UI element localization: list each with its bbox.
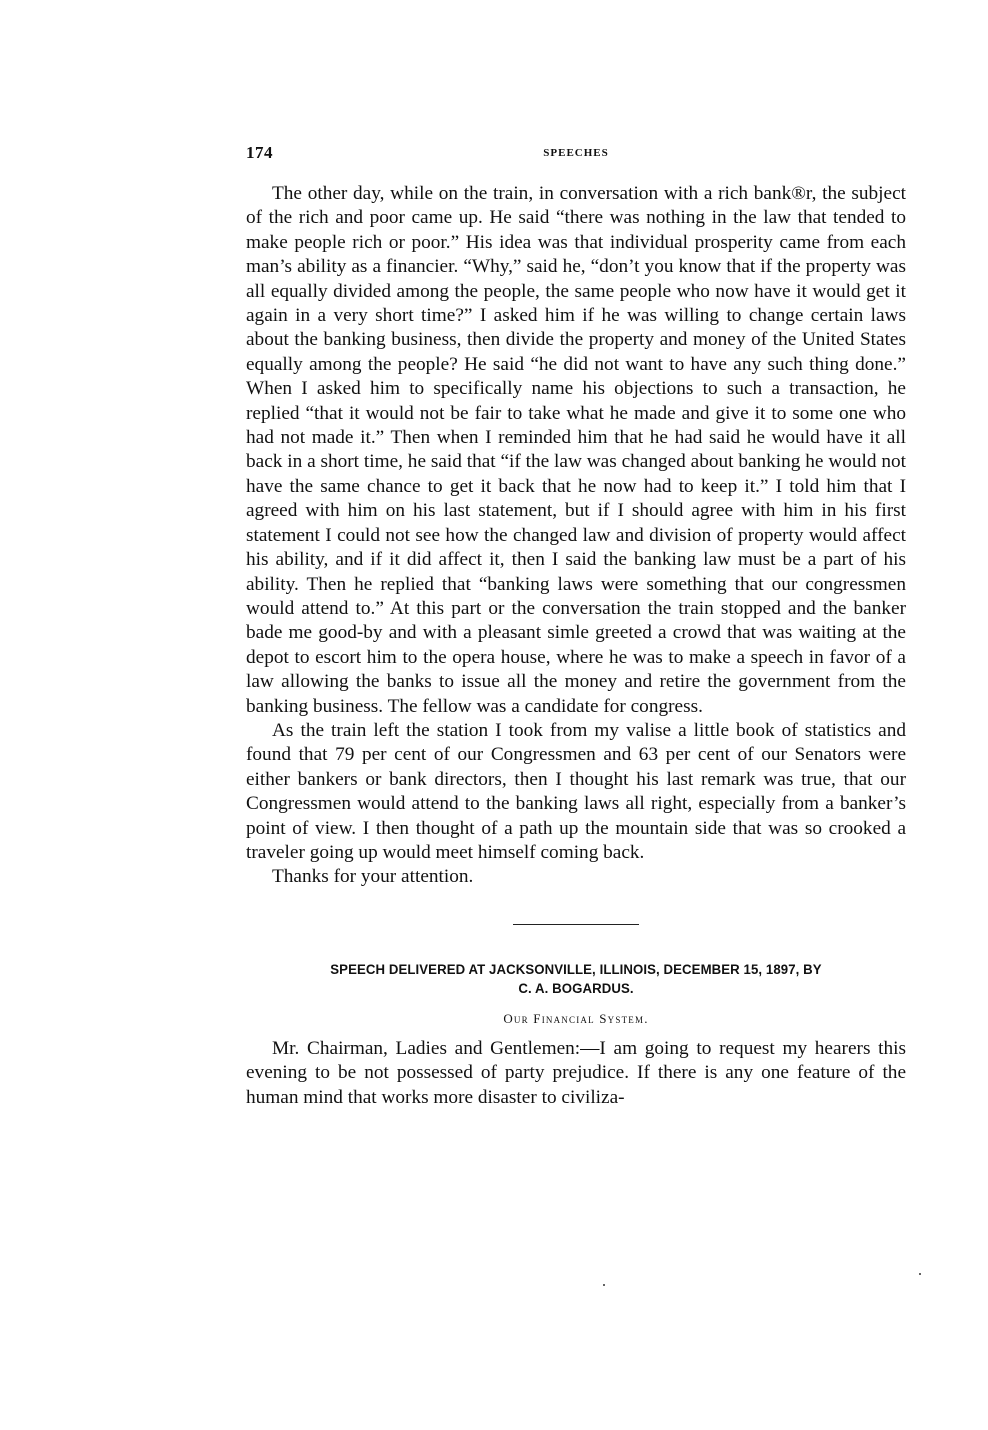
speech-heading-author: C. A. BOGARDUS. — [269, 980, 883, 999]
speech-heading: SPEECH DELIVERED AT JACKSONVILLE, ILLINO… — [269, 961, 883, 999]
running-head: 174 SPEECHES — [246, 140, 906, 168]
section-title: Our Financial System. — [246, 1011, 906, 1027]
paragraph-statistics: As the train left the station I took fro… — [246, 719, 906, 865]
book-page: 174 SPEECHES The other day, while on the… — [246, 140, 906, 1110]
scan-speck — [603, 1284, 605, 1286]
running-title: SPEECHES — [246, 147, 906, 159]
body-text: The other day, while on the train, in co… — [246, 182, 906, 890]
paragraph-speech-opening: Mr. Chairman, Ladies and Gentlemen:—I am… — [246, 1037, 906, 1110]
speech-body-text: Mr. Chairman, Ladies and Gentlemen:—I am… — [246, 1037, 906, 1110]
paragraph-banker-conversation: The other day, while on the train, in co… — [246, 182, 906, 719]
section-divider — [513, 924, 639, 925]
scan-speck — [919, 1273, 921, 1275]
paragraph-thanks: Thanks for your attention. — [246, 865, 906, 889]
speech-heading-line1: SPEECH DELIVERED AT JACKSONVILLE, ILLINO… — [330, 962, 821, 978]
